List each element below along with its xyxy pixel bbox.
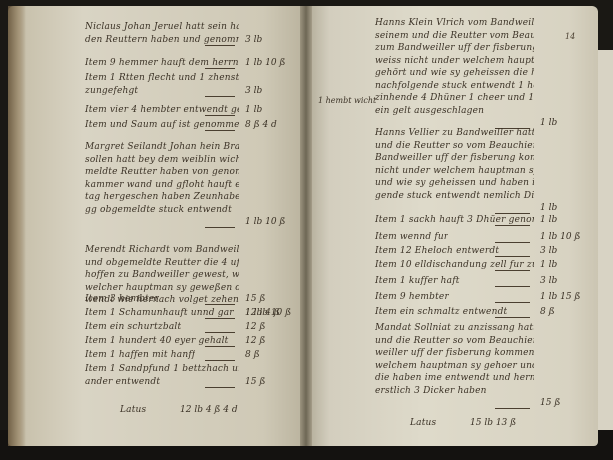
entry-amount: 1 lb xyxy=(540,118,557,128)
entry-line: Item 12 Eheloch entwerdt xyxy=(375,246,499,256)
entry-line: hoffen zu Bandweiller gewest, weiss nich… xyxy=(85,270,239,280)
entry-line: ander entwendt xyxy=(85,377,160,387)
entry-amount: 15 ß xyxy=(245,294,265,304)
entry-line: gg obgemeldte stuck entwendt xyxy=(85,205,232,215)
entry-amount: 15 ß xyxy=(540,398,560,408)
entry-line: Bandweiller uff der fisberung kommen wei… xyxy=(375,153,534,163)
entry-line: Margret Seilandt Johan hein Braut hatt xyxy=(85,142,239,152)
entry-line: Item ein schmaltz entwendt xyxy=(375,307,507,317)
entry-line: nachfolgende stuck entwendt 1 hembter xyxy=(375,81,534,91)
entry-rule xyxy=(495,225,530,226)
entry-line: und die Reutter so vom Beauchier zum Ban… xyxy=(375,336,534,346)
entry-line: gende stuck entwendt nemlich Dicker habe… xyxy=(375,191,534,201)
entry-line: zinhende 4 Dhüner 1 cheer und 1 schessel… xyxy=(375,93,534,103)
entry-line: die haben ime entwendt und hernachvolgt xyxy=(375,373,534,383)
entry-rule xyxy=(205,130,235,131)
entry-line: Item 1 hundert 40 eyer gehalt xyxy=(85,336,229,346)
entry-line: Merendt Richardt vom Bandweiller hatt be… xyxy=(85,245,239,255)
entry-line: sollen hatt bey dem weiblin wicht obge- xyxy=(85,155,239,165)
entry-amount: 15 ß xyxy=(245,377,265,387)
entry-line: Item 1 Sandpfund 1 bettzhach unnd 1 fala… xyxy=(85,364,239,374)
entry-amount: 1 lb 4 ß xyxy=(245,308,280,318)
entry-rule xyxy=(205,115,235,116)
total-label: Latus xyxy=(120,405,146,415)
entry-rule xyxy=(205,45,235,46)
entry-line: und wie sy geheissen und haben ime nachv… xyxy=(375,178,534,188)
entry-line: ein gelt ausgeschlagen xyxy=(375,106,484,116)
entry-line: Item ein schurtzbalt xyxy=(85,322,181,332)
entry-line: Item wennd fur xyxy=(375,232,448,242)
entry-amount: 12 ß xyxy=(245,322,265,332)
entry-line: Item 10 elldischandung zell fur zu ßeht xyxy=(375,260,534,270)
entry-amount: 12 ß xyxy=(245,336,265,346)
entry-line: Item 9 hembter xyxy=(375,292,449,302)
entry-line: Item 1 haffen mit hanff xyxy=(85,350,195,360)
entry-rule xyxy=(495,317,530,318)
margin-note: 1 hembt wicht xyxy=(318,96,376,105)
entry-amount: 1 lb xyxy=(245,105,262,115)
entry-line: Hanns Vellier zu Bandweiller hatt bey se… xyxy=(375,128,534,138)
entry-line: Item vier 4 hembter entwendt genommen xyxy=(85,105,239,115)
entry-rule xyxy=(205,68,235,69)
folio-number: 14 xyxy=(565,32,575,41)
entry-line: Niclaus Johan Jeruel hatt sein haus mit … xyxy=(85,22,239,32)
entry-amount: 1 lb 10 ß xyxy=(245,58,285,68)
entry-line: meldte Reutter haben von genommen allerl… xyxy=(85,167,239,177)
entry-rule xyxy=(495,242,530,243)
entry-amount: 1 lb xyxy=(540,203,557,213)
total-amount: 12 lb 4 ß 4 d xyxy=(180,405,238,415)
entry-line: Hanns Klein Vlrich vom Bandweiller hatt … xyxy=(375,18,534,28)
entry-line: gehört und wie sy geheissen die haben im… xyxy=(375,68,534,78)
entry-rule xyxy=(205,96,235,97)
entry-rule xyxy=(205,304,235,305)
entry-amount: 3 lb xyxy=(245,86,262,96)
entry-line: nicht under welchem hauptman sy gehort xyxy=(375,166,534,176)
entry-line: welcher hauptman sy geweßen die haben im… xyxy=(85,283,239,293)
entry-line: weiss nicht under welchem hauptman sy xyxy=(375,56,534,66)
entry-amount: 1 lb 15 ß xyxy=(540,292,580,302)
entry-rule xyxy=(205,360,235,361)
entry-amount: 1 lb xyxy=(540,260,557,270)
entry-line: weiller uff der fisberung kommen weiss n… xyxy=(375,348,534,358)
entry-line: Item 3 hembter xyxy=(85,294,159,304)
total-amount: 15 lb 13 ß xyxy=(470,418,516,428)
page-edge-stain xyxy=(8,6,26,446)
entry-rule xyxy=(495,302,530,303)
entry-rule xyxy=(495,408,530,409)
entry-rule xyxy=(205,318,235,319)
entry-rule xyxy=(495,286,530,287)
entry-line: Item 1 Schamunhauft unnd gar xyxy=(85,308,234,318)
entry-amount: 1 lb 10 ß xyxy=(540,232,580,242)
entry-rule xyxy=(205,346,235,347)
entry-rule xyxy=(205,387,235,388)
entry-rule xyxy=(495,213,530,214)
entry-line: Item 1 sackh hauft 3 Dhüer genommen xyxy=(375,215,534,225)
entry-amount: 3 lb xyxy=(245,35,262,45)
entry-rule xyxy=(495,270,530,271)
entry-amount: 8 ß xyxy=(540,307,555,317)
entry-line: kammer wand und gfloht hauft eund xyxy=(85,180,239,190)
entry-amount: 8 ß xyxy=(245,350,260,360)
entry-line: Item 1 Rtten flecht und 1 zhenstelt zuer… xyxy=(85,73,239,83)
entry-amount: 8 ß 4 d xyxy=(245,120,277,130)
entry-line: zungefehgt xyxy=(85,86,138,96)
entry-line: seinem und die Reutter vom Beauchier xyxy=(375,31,534,41)
entry-amount: 3 lb xyxy=(540,246,557,256)
entry-line: Item 9 hemmer hauft dem herrn xyxy=(85,58,239,68)
entry-amount: 1 lb xyxy=(540,215,557,225)
entry-line: tag hergeschen haben Zeunhabe geben xyxy=(85,192,239,202)
entry-line: erstlich 3 Dicker haben xyxy=(375,386,487,396)
entry-line: und obgemeldte Reutter die 4 uff der fis… xyxy=(85,258,239,268)
entry-rule xyxy=(495,256,530,257)
entry-line: welchem hauptman sy gehoer und wie sy ge… xyxy=(375,361,534,371)
entry-line: zum Bandweiller uff der fisberung kommen xyxy=(375,43,534,53)
entry-line: Item 1 kuffer haft xyxy=(375,276,460,286)
entry-rule xyxy=(205,227,235,228)
entry-line: Mandat Sollniat zu anzissang hatt bey se… xyxy=(375,323,534,333)
entry-amount: 1 lb 10 ß xyxy=(245,217,285,227)
entry-amount: 3 lb xyxy=(540,276,557,286)
book-gutter xyxy=(300,6,312,446)
entry-line: und die Reutter so vom Beauchier zum xyxy=(375,141,534,151)
total-label: Latus xyxy=(410,418,436,428)
entry-line: den Reuttern haben und genommen 12 Dicke… xyxy=(85,35,239,45)
entry-rule xyxy=(205,332,235,333)
entry-line: Item und Saum auf ist genommen xyxy=(85,120,239,130)
